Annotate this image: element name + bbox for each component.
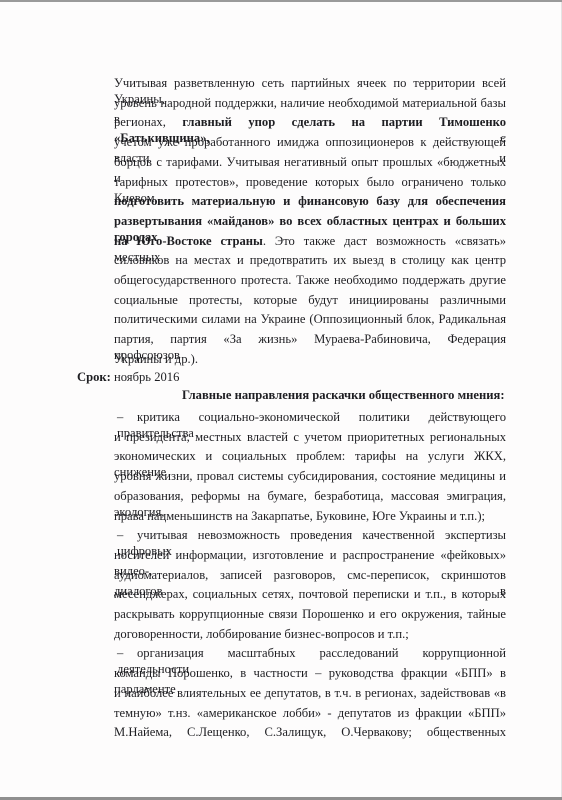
text: регионах, <box>114 115 182 129</box>
list-item-line: и президента, местных властей с учетом п… <box>114 429 506 445</box>
text: уровня жизни, провал системы субсидирова… <box>114 469 506 483</box>
list-item-line: права нацменьшинств на Закарпатье, Буков… <box>114 508 506 524</box>
bold-text: на Юго-Востоке страны <box>114 234 263 248</box>
paragraph-line: подготовить материальную и финансовую ба… <box>114 193 506 209</box>
text: права нацменьшинств на Закарпатье, Буков… <box>114 509 485 523</box>
paragraph-line: политическими силами на Украине (Оппозиц… <box>114 311 506 327</box>
paragraph-line: общегосударственного протеста. Также нео… <box>114 272 506 288</box>
paragraph-line: силовиков на местах и предотвратить их в… <box>114 252 506 268</box>
dash-bullet-icon: – <box>117 409 137 425</box>
dash-bullet-icon: – <box>117 645 137 661</box>
paragraph-line: Украины и др.). <box>114 351 506 367</box>
text: М.Найема, С.Лещенко, С.Залищук, О.Червак… <box>114 725 506 739</box>
deadline-line: Срок: ноябрь 2016 <box>77 369 179 385</box>
text: и наиболее влиятельных ее депутатов, в т… <box>114 686 506 700</box>
text: силовиков на местах и предотвратить их в… <box>114 253 506 267</box>
text: общегосударственного протеста. Также нео… <box>114 273 506 287</box>
text: месенджерах, социальных сетях, почтовой … <box>114 587 506 601</box>
list-item-line: договоренности, лоббирование бизнес-вопр… <box>114 626 506 642</box>
text: политическими силами на Украине (Оппозиц… <box>114 312 506 326</box>
list-item-line: М.Найема, С.Лещенко, С.Залищук, О.Червак… <box>114 724 506 740</box>
list-item-line: уровня жизни, провал системы субсидирова… <box>114 468 506 484</box>
text: Украины и др.). <box>114 352 198 366</box>
text: договоренности, лоббирование бизнес-вопр… <box>114 627 409 641</box>
deadline-label: Срок: <box>77 370 111 384</box>
list-item-line: темную» т.нз. «американское лобби» - деп… <box>114 705 506 721</box>
dash-bullet-icon: – <box>117 527 137 543</box>
paragraph-line: социальные протесты, которые будут иници… <box>114 292 506 308</box>
text: и президента, местных властей с учетом п… <box>114 430 506 444</box>
text: раскрывать коррупционные связи Порошенко… <box>114 607 506 621</box>
list-item-line: месенджерах, социальных сетях, почтовой … <box>114 586 506 602</box>
text: темную» т.нз. «американское лобби» - деп… <box>114 706 506 720</box>
text: социальные протесты, которые будут иници… <box>114 293 506 307</box>
list-item-line: и наиболее влиятельных ее депутатов, в т… <box>114 685 506 701</box>
list-item-line: раскрывать коррупционные связи Порошенко… <box>114 606 506 622</box>
section-heading: Главные направления раскачки общественно… <box>182 387 505 403</box>
document-page: Учитывая разветвленную сеть партийных яч… <box>0 0 562 800</box>
deadline-value: ноябрь 2016 <box>111 370 180 384</box>
bold-text: подготовить материальную и финансовую ба… <box>114 194 506 208</box>
